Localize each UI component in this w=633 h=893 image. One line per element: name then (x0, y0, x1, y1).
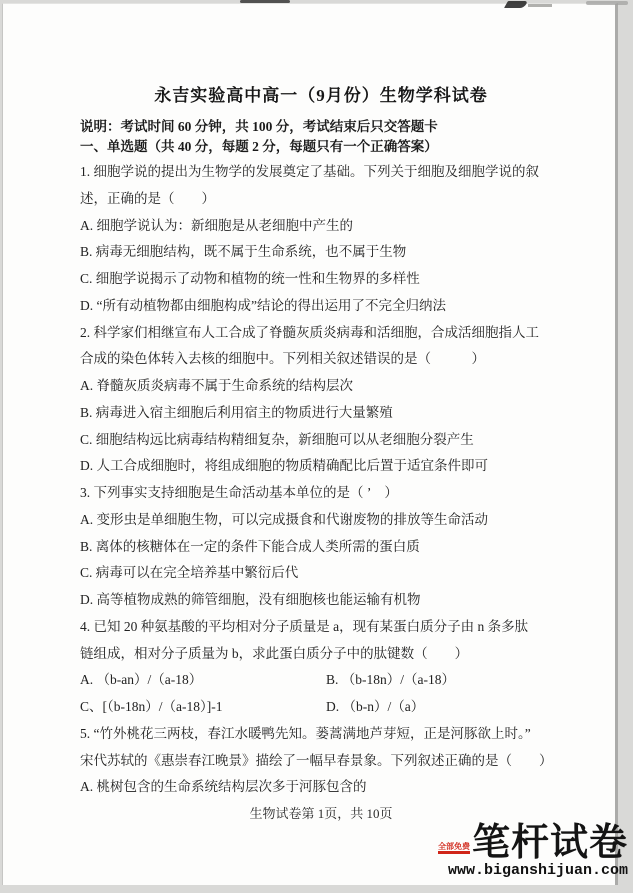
watermark-brand: 笔杆试卷 (472, 825, 628, 861)
question-2-option-c: C. 细胞结构远比病毒结构精细复杂，新细胞可以从老细胞分裂产生 (80, 427, 562, 454)
watermark: 全部免费 笔杆试卷 www.biganshijuan.com (438, 825, 628, 880)
question-2-option-a: A. 脊髓灰质炎病毒不属于生命系统的结构层次 (80, 373, 562, 400)
question-2-option-d: D. 人工合成细胞时，将组成细胞的物质精确配比后置于适宜条件即可 (80, 453, 562, 480)
question-4-option-d: D. （b-n）/（a） (326, 699, 424, 714)
page-number-footer: 生物试卷第 1页，共 10页 (80, 805, 562, 823)
question-2-line-2: 合成的染色体转入去核的细胞中。下列相关叙述错误的是（ ） (80, 346, 562, 373)
question-list: 1. 细胞学说的提出为生物学的发展奠定了基础。下列关于细胞及细胞学说的叙 述，正… (80, 159, 562, 801)
question-1-option-c: C. 细胞学说揭示了动物和植物的统一性和生物界的多样性 (80, 266, 562, 293)
section-header: 一、单选题（共 40 分，每题 2 分，每题只有一个正确答案） (80, 137, 562, 157)
question-3-option-b: B. 离体的核糖体在一定的条件下能合成人类所需的蛋白质 (80, 534, 562, 561)
scan-artifact (586, 1, 628, 5)
exam-content: 永吉实验高中高一（9月份）生物学科试卷 说明：考试时间 60 分钟，共 100 … (80, 86, 562, 823)
exam-head-block: 说明：考试时间 60 分钟，共 100 分，考试结束后只交答题卡 一、单选题（共… (80, 117, 562, 156)
scanned-exam-page: 永吉实验高中高一（9月份）生物学科试卷 说明：考试时间 60 分钟，共 100 … (0, 0, 633, 893)
scan-artifact (528, 4, 552, 7)
question-4-option-b: B. （b-18n）/（a-18） (326, 672, 455, 687)
scan-artifact (240, 0, 290, 3)
question-1-line-1: 1. 细胞学说的提出为生物学的发展奠定了基础。下列关于细胞及细胞学说的叙 (80, 159, 562, 186)
question-4-options-row-1: A. （b-an）/（a-18）B. （b-18n）/（a-18） (80, 667, 562, 694)
question-4-line-1: 4. 已知 20 种氨基酸的平均相对分子质量是 a，现有某蛋白质分子由 n 条多… (80, 614, 562, 641)
question-3-option-d: D. 高等植物成熟的筛管细胞，没有细胞核也能运输有机物 (80, 587, 562, 614)
question-4-options-row-2: C、[（b-18n）/（a-18）]-1D. （b-n）/（a） (80, 694, 562, 721)
question-2-line-1: 2. 科学家们相继宣布人工合成了脊髓灰质炎病毒和活细胞，合成活细胞指人工 (80, 320, 562, 347)
question-5-line-1: 5. “竹外桃花三两枝，春江水暖鸭先知。蒌蒿满地芦芽短，正是河豚欲上时。” (80, 721, 562, 748)
question-3-option-c: C. 病毒可以在完全培养基中繁衍后代 (80, 560, 562, 587)
question-5-line-2: 宋代苏轼的《惠崇春江晚景》描绘了一幅早春景象。下列叙述正确的是（ ） (80, 748, 562, 775)
watermark-url: www.biganshijuan.com (438, 862, 628, 880)
exam-title: 永吉实验高中高一（9月份）生物学科试卷 (80, 86, 562, 106)
question-1-line-2: 述，正确的是（ ） (80, 186, 562, 213)
question-3-line-1: 3. 下列事实支持细胞是生命活动基本单位的是（ ’ ） (80, 480, 562, 507)
watermark-free-label: 全部免费 (438, 842, 470, 854)
question-2-option-b: B. 病毒进入宿主细胞后利用宿主的物质进行大量繁殖 (80, 400, 562, 427)
exam-instructions: 说明：考试时间 60 分钟，共 100 分，考试结束后只交答题卡 (80, 117, 562, 137)
question-4-option-c: C、[（b-18n）/（a-18）]-1 (80, 694, 326, 721)
question-4-line-2: 链组成，相对分子质量为 b，求此蛋白质分子中的肽键数（ ） (80, 641, 562, 668)
question-5-option-a: A. 桃树包含的生命系统结构层次多于河豚包含的 (80, 774, 562, 801)
question-3-option-a: A. 变形虫是单细胞生物，可以完成摄食和代谢废物的排放等生命活动 (80, 507, 562, 534)
watermark-brand-row: 全部免费 笔杆试卷 (438, 825, 628, 861)
question-1-option-d: D. “所有动植物都由细胞构成”结论的得出运用了不完全归纳法 (80, 293, 562, 320)
question-1-option-a: A. 细胞学说认为：新细胞是从老细胞中产生的 (80, 213, 562, 240)
question-4-option-a: A. （b-an）/（a-18） (80, 667, 326, 694)
question-1-option-b: B. 病毒无细胞结构，既不属于生命系统，也不属于生物 (80, 239, 562, 266)
